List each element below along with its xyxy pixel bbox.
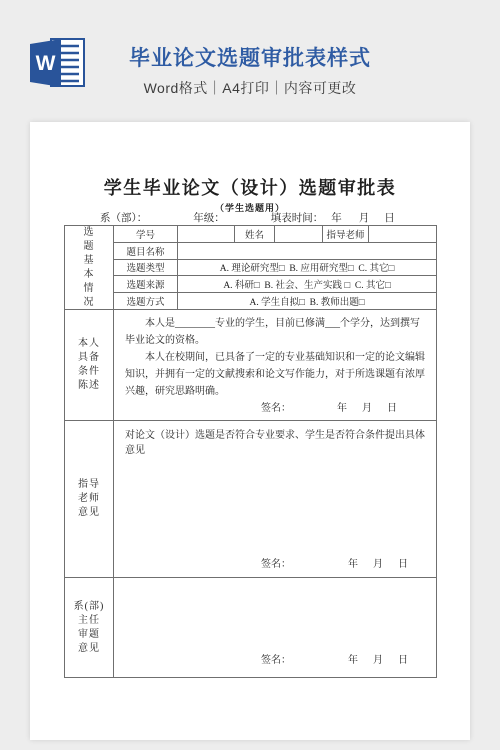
section-dept-head-opinion-label: 系(部) 主任 审题 意见: [65, 578, 114, 677]
meta-dept-label: 系（部）：: [100, 210, 147, 225]
section-dept-head-opinion: 系(部) 主任 审题 意见 签名： 年 月 日: [65, 578, 436, 677]
form-title: 学生毕业论文（设计）选题审批表: [30, 174, 470, 200]
topic-type-options: A. 理论研究型□ B. 应用研究型□ C. 其它□: [178, 260, 436, 276]
sign-year-label: 年: [337, 400, 347, 417]
dept-head-signature-row: 签名： 年 月 日: [114, 649, 436, 667]
sign-year-label: 年: [348, 555, 358, 570]
advisor-value: [369, 226, 436, 242]
sign-day-label: 日: [398, 651, 408, 666]
meta-year-label: 年: [331, 210, 342, 225]
signature-label: 签名：: [261, 555, 291, 570]
section-advisor-opinion: 指导 老师 意见 对论文（设计）选题是否符合专业要求、学生是否符合条件提出具体意…: [65, 421, 436, 578]
statement-paragraph-2: 本人在校期间，已具备了一定的专业基础知识和一定的论文编辑知识，并拥有一定的文献搜…: [125, 349, 425, 400]
topic-method-label: 选题方式: [114, 293, 178, 309]
topic-source-label: 选题来源: [114, 276, 178, 292]
student-id-label: 学号: [114, 226, 178, 242]
approval-form-table: 选 题 基 本 情 况 学号 姓名 指导老师: [64, 225, 437, 678]
sign-month-label: 月: [362, 400, 372, 417]
advisor-opinion-prompt: 对论文（设计）选题是否符合专业要求、学生是否符合条件提出具体意见: [114, 421, 436, 458]
section-self-statement: 本人 具备 条件 陈述 本人是________专业的学生，目前已修满___个学分…: [65, 310, 436, 421]
advisor-signature-row: 签名： 年 月 日: [114, 553, 436, 571]
meta-month-label: 月: [359, 210, 370, 225]
section-advisor-opinion-label: 指导 老师 意见: [65, 421, 114, 577]
sign-day-label: 日: [387, 400, 397, 417]
topic-title-value: [178, 243, 436, 259]
signature-label: 签名：: [261, 651, 291, 666]
sign-day-label: 日: [398, 555, 408, 570]
student-id-value: [178, 226, 235, 242]
name-label: 姓名: [235, 226, 275, 242]
topic-title-label: 题目名称: [114, 243, 178, 259]
section-topic-basic-info: 选 题 基 本 情 况 学号 姓名 指导老师: [65, 226, 436, 310]
row-topic-source: 选题来源 A. 科研□ B. 社会、生产实践 □ C. 其它□: [114, 276, 436, 293]
listing-title: 毕业论文选题审批表样式: [0, 42, 500, 72]
signature-label: 签名：: [261, 400, 291, 417]
section-topic-basic-info-label: 选 题 基 本 情 况: [65, 226, 114, 309]
row-topic-title: 题目名称: [114, 243, 436, 260]
template-preview-page: W 毕业论文选题审批表样式 Word格式｜A4打印｜内容可更改 学生毕业论文（设…: [0, 0, 500, 750]
sign-month-label: 月: [373, 651, 383, 666]
topic-source-options: A. 科研□ B. 社会、生产实践 □ C. 其它□: [178, 276, 436, 292]
meta-filltime-label: 填表时间：: [271, 210, 324, 225]
form-meta-line: 系（部）： 年级： 填表时间： 年 月 日: [30, 210, 470, 225]
meta-grade-label: 年级：: [193, 210, 225, 225]
row-student-id: 学号 姓名 指导老师: [114, 226, 436, 243]
sign-year-label: 年: [348, 651, 358, 666]
advisor-label: 指导老师: [323, 226, 369, 242]
listing-subtitle: Word格式｜A4打印｜内容可更改: [0, 78, 500, 98]
document-preview: 学生毕业论文（设计）选题审批表 （学生选题用） 系（部）： 年级： 填表时间： …: [30, 122, 470, 740]
topic-type-label: 选题类型: [114, 260, 178, 276]
topic-method-options: A. 学生自拟□ B. 教师出题□: [178, 293, 436, 309]
row-topic-type: 选题类型 A. 理论研究型□ B. 应用研究型□ C. 其它□: [114, 260, 436, 277]
name-value: [275, 226, 323, 242]
statement-paragraph-1: 本人是________专业的学生，目前已修满___个学分，达到撰写毕业论文的资格…: [125, 315, 425, 349]
student-signature-row: 签名： 年 月 日: [125, 400, 425, 417]
sign-month-label: 月: [373, 555, 383, 570]
row-topic-method: 选题方式 A. 学生自拟□ B. 教师出题□: [114, 293, 436, 309]
section-self-statement-label: 本人 具备 条件 陈述: [65, 310, 114, 420]
meta-day-label: 日: [384, 210, 395, 225]
